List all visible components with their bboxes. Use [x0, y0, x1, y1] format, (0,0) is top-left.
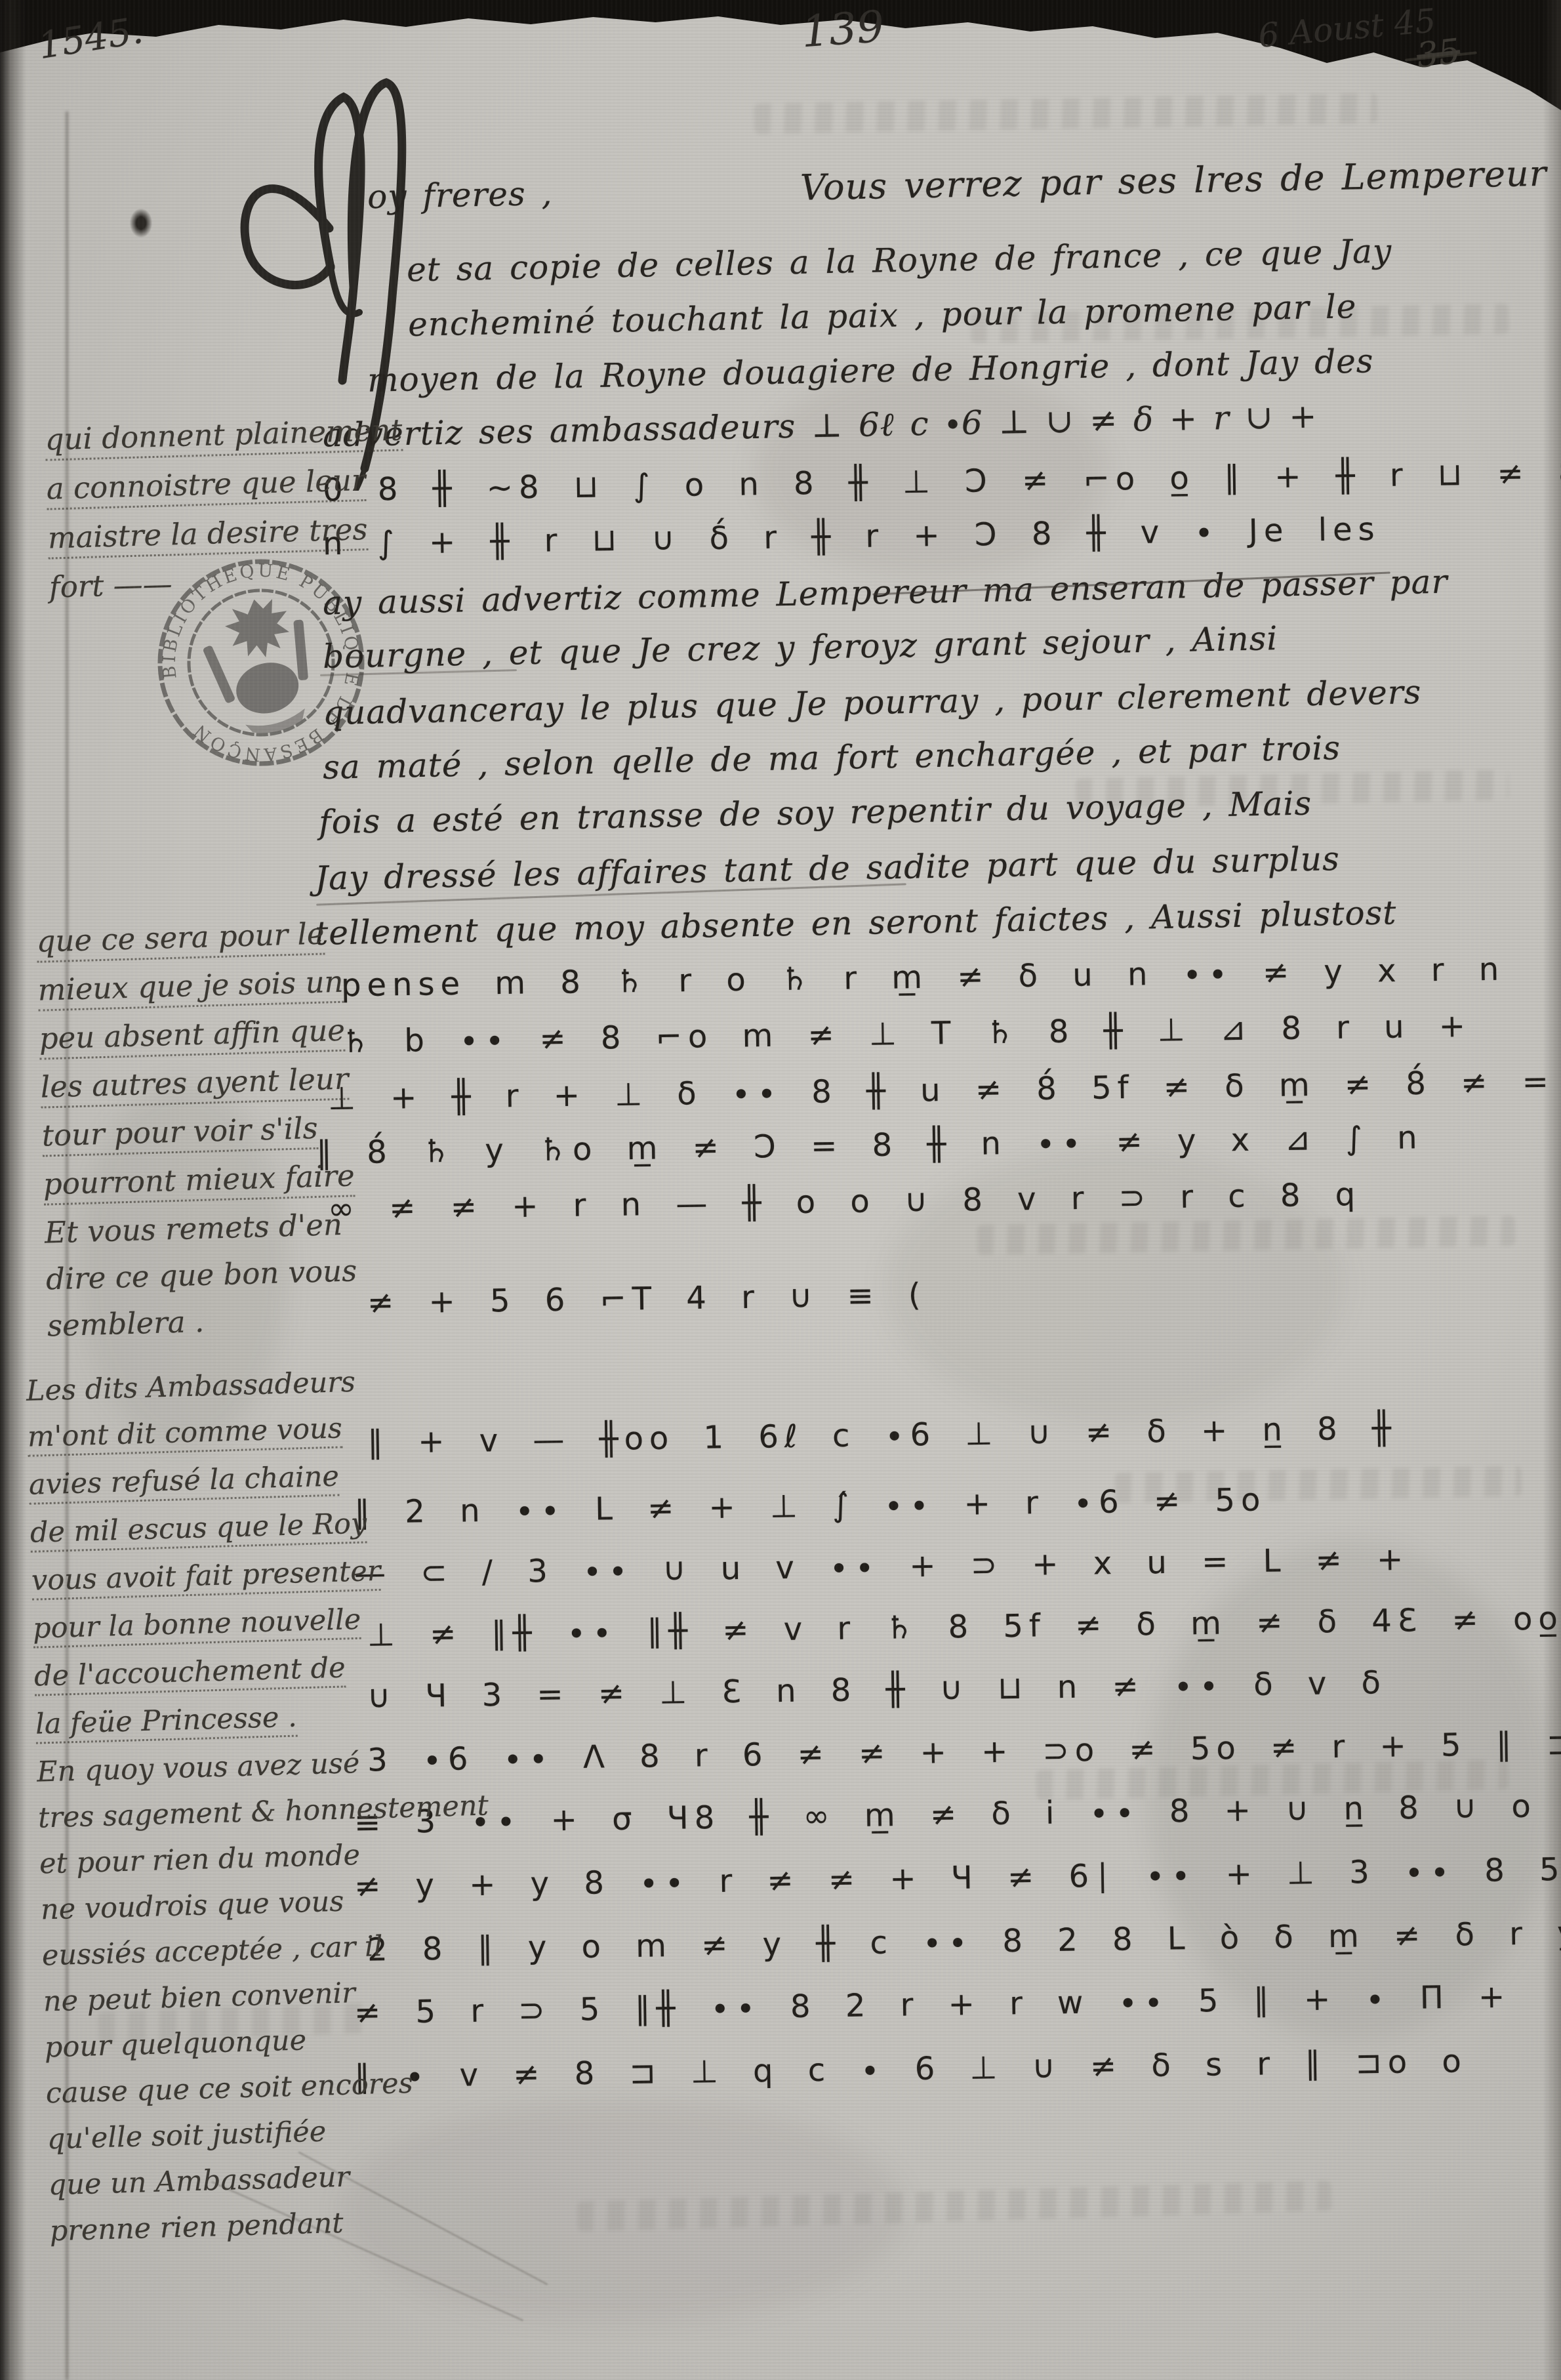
opening-line-right: Vous verrez par ses lres de Lempereur	[800, 153, 1547, 209]
main-line: tellement que moy absente en seront faic…	[315, 893, 1397, 953]
main-line: fois a esté en transse de soy repentir d…	[319, 784, 1312, 841]
cipher-line: ∥ ∙ v ≠ 8 ⊐ ⊥ q c ∙ 6 ⊥ ∪ ≠ δ s r ∥ ⊐o o	[354, 2043, 1467, 2095]
manuscript-page: 1545. 139 6 Aoust 45 35 BIBLIOTHEQUE PUB…	[0, 0, 1561, 2380]
cipher-line: ♄ b ∙∙ ≠ 8 ⌐o m ≠ ⊥ T ♄ 8 ╫ ⊥ ⊿ 8 r u +	[341, 1008, 1472, 1060]
margin-note-line: ne peut bien convenir	[43, 1977, 355, 2019]
margin-note-line: m'ont dit comme vous	[27, 1412, 342, 1456]
margin-note-line: de mil escus que le Roy	[30, 1507, 367, 1552]
margin-note-line: peu absent affin que	[39, 1013, 346, 1060]
cipher-line: ∥ 8́ ♄ y ♄o m̲ ≠ Ɔ = 8 ╫ n ∙∙ ≠ y x ⊿ ∫ …	[316, 1119, 1423, 1172]
margin-note-line: semblera .	[47, 1304, 205, 1345]
main-line: quadvanceray le plus que Je pourray , po…	[323, 673, 1422, 732]
margin-note-1: qui donnent plainement a connoistre que …	[45, 412, 407, 617]
cipher-line: ⊥ + ╫ r + ⊥ δ ∙∙ 8 ╫ u ≠ 8́ 5f ≠ δ m̲ ≠ …	[328, 1063, 1555, 1117]
margin-note-line: de l'accouchement de	[33, 1651, 346, 1696]
margin-note-line: que un Ambassadeur	[48, 2161, 350, 2204]
cipher-line: ≠ + 5 6 ⌐T 4 r ∪ ≡ (	[367, 1277, 927, 1321]
ghost-bleedthrough	[754, 93, 1378, 134]
margin-note-line: tour pour voir s'ils	[41, 1111, 318, 1157]
margin-note-line: les autres ayent leur	[40, 1061, 349, 1109]
main-line: bourgne , et que Je crez y feroyz grant …	[323, 619, 1278, 676]
main-line: et sa copie de celles a la Royne de fran…	[407, 232, 1392, 289]
margin-note-line: vous avoit fait presenter	[31, 1555, 381, 1601]
margin-note-line: pourront mieux faire	[43, 1158, 355, 1205]
margin-note-line: tres sagement & honnestement	[37, 1789, 489, 1836]
margin-note-line: ne voudrois que vous	[40, 1885, 344, 1928]
margin-note-line: maistre la desire tres	[47, 512, 368, 560]
margin-note-2: que ce sera pour le mieux que je sois un…	[36, 916, 359, 1355]
margin-note-line: Et vous remets d'en	[44, 1207, 342, 1252]
margin-note-line: En quoy vous avez usé	[36, 1747, 360, 1790]
cipher-line: pense m 8 ♄ r o ♄ r m̲ ≠ δ u n ∙∙ ≠ y x …	[341, 951, 1505, 1004]
folio-number: 139	[800, 1, 885, 58]
opening-line-left: oy freres ,	[367, 174, 553, 216]
margin-note-line: pour quelquonque	[44, 2024, 307, 2065]
margin-note-line: prenne rien pendant	[49, 2207, 344, 2249]
cipher-line: ∥ + v — ╫oo 1 6ℓ c ∙6 ⊥ ∪ ≠ δ + n̲ 8 ╫	[367, 1410, 1398, 1461]
margin-note-line: que ce sera pour le	[36, 916, 325, 962]
margin-note-line: avies refusé la chaine	[28, 1460, 339, 1505]
margin-note-line: dire ce que bon vous	[45, 1253, 357, 1298]
ink-blot	[130, 209, 152, 237]
margin-note-line: fort ——	[49, 566, 172, 606]
opening-line: oy freres , Vous verrez par ses lres de …	[367, 153, 1548, 217]
margin-note-3: Les dits Ambassadeurs m'ont dit comme vo…	[26, 1363, 500, 2261]
margin-note-line: qui donnent plainement	[45, 412, 403, 461]
margin-note-line: mieux que je sois un	[37, 964, 344, 1012]
margin-note-line: eussiés acceptée , car il	[41, 1930, 383, 1973]
margin-note-line: la feüe Princesse .	[35, 1701, 297, 1744]
cipher-line: n ∫ + ╫ r ⊔ ∪ δ́ r ╫ r + Ɔ 8 ╫ v ∙ Je le…	[323, 511, 1381, 563]
left-gutter-shadow	[0, 0, 26, 2380]
margin-note-line: a connoistre que leur	[46, 462, 366, 510]
cipher-line: ∥ 2 n ∙∙ L ≠ + ⊥ ∫́ ∙∙ + r ∙6 ≠ 5o	[354, 1481, 1267, 1530]
margin-note-line: et pour rien du monde	[39, 1839, 360, 1882]
right-paper-edge	[1543, 0, 1561, 2380]
margin-note-line: Les dits Ambassadeurs	[26, 1366, 355, 1409]
margin-note-line: pour la bonne nouvelle	[32, 1603, 361, 1649]
main-line: Jay dressé les affaires tant de sadite p…	[315, 840, 1341, 897]
margin-note-line: qu'elle soit justifiée	[47, 2116, 327, 2158]
margin-note-line: cause que ce soit encores	[45, 2067, 413, 2112]
